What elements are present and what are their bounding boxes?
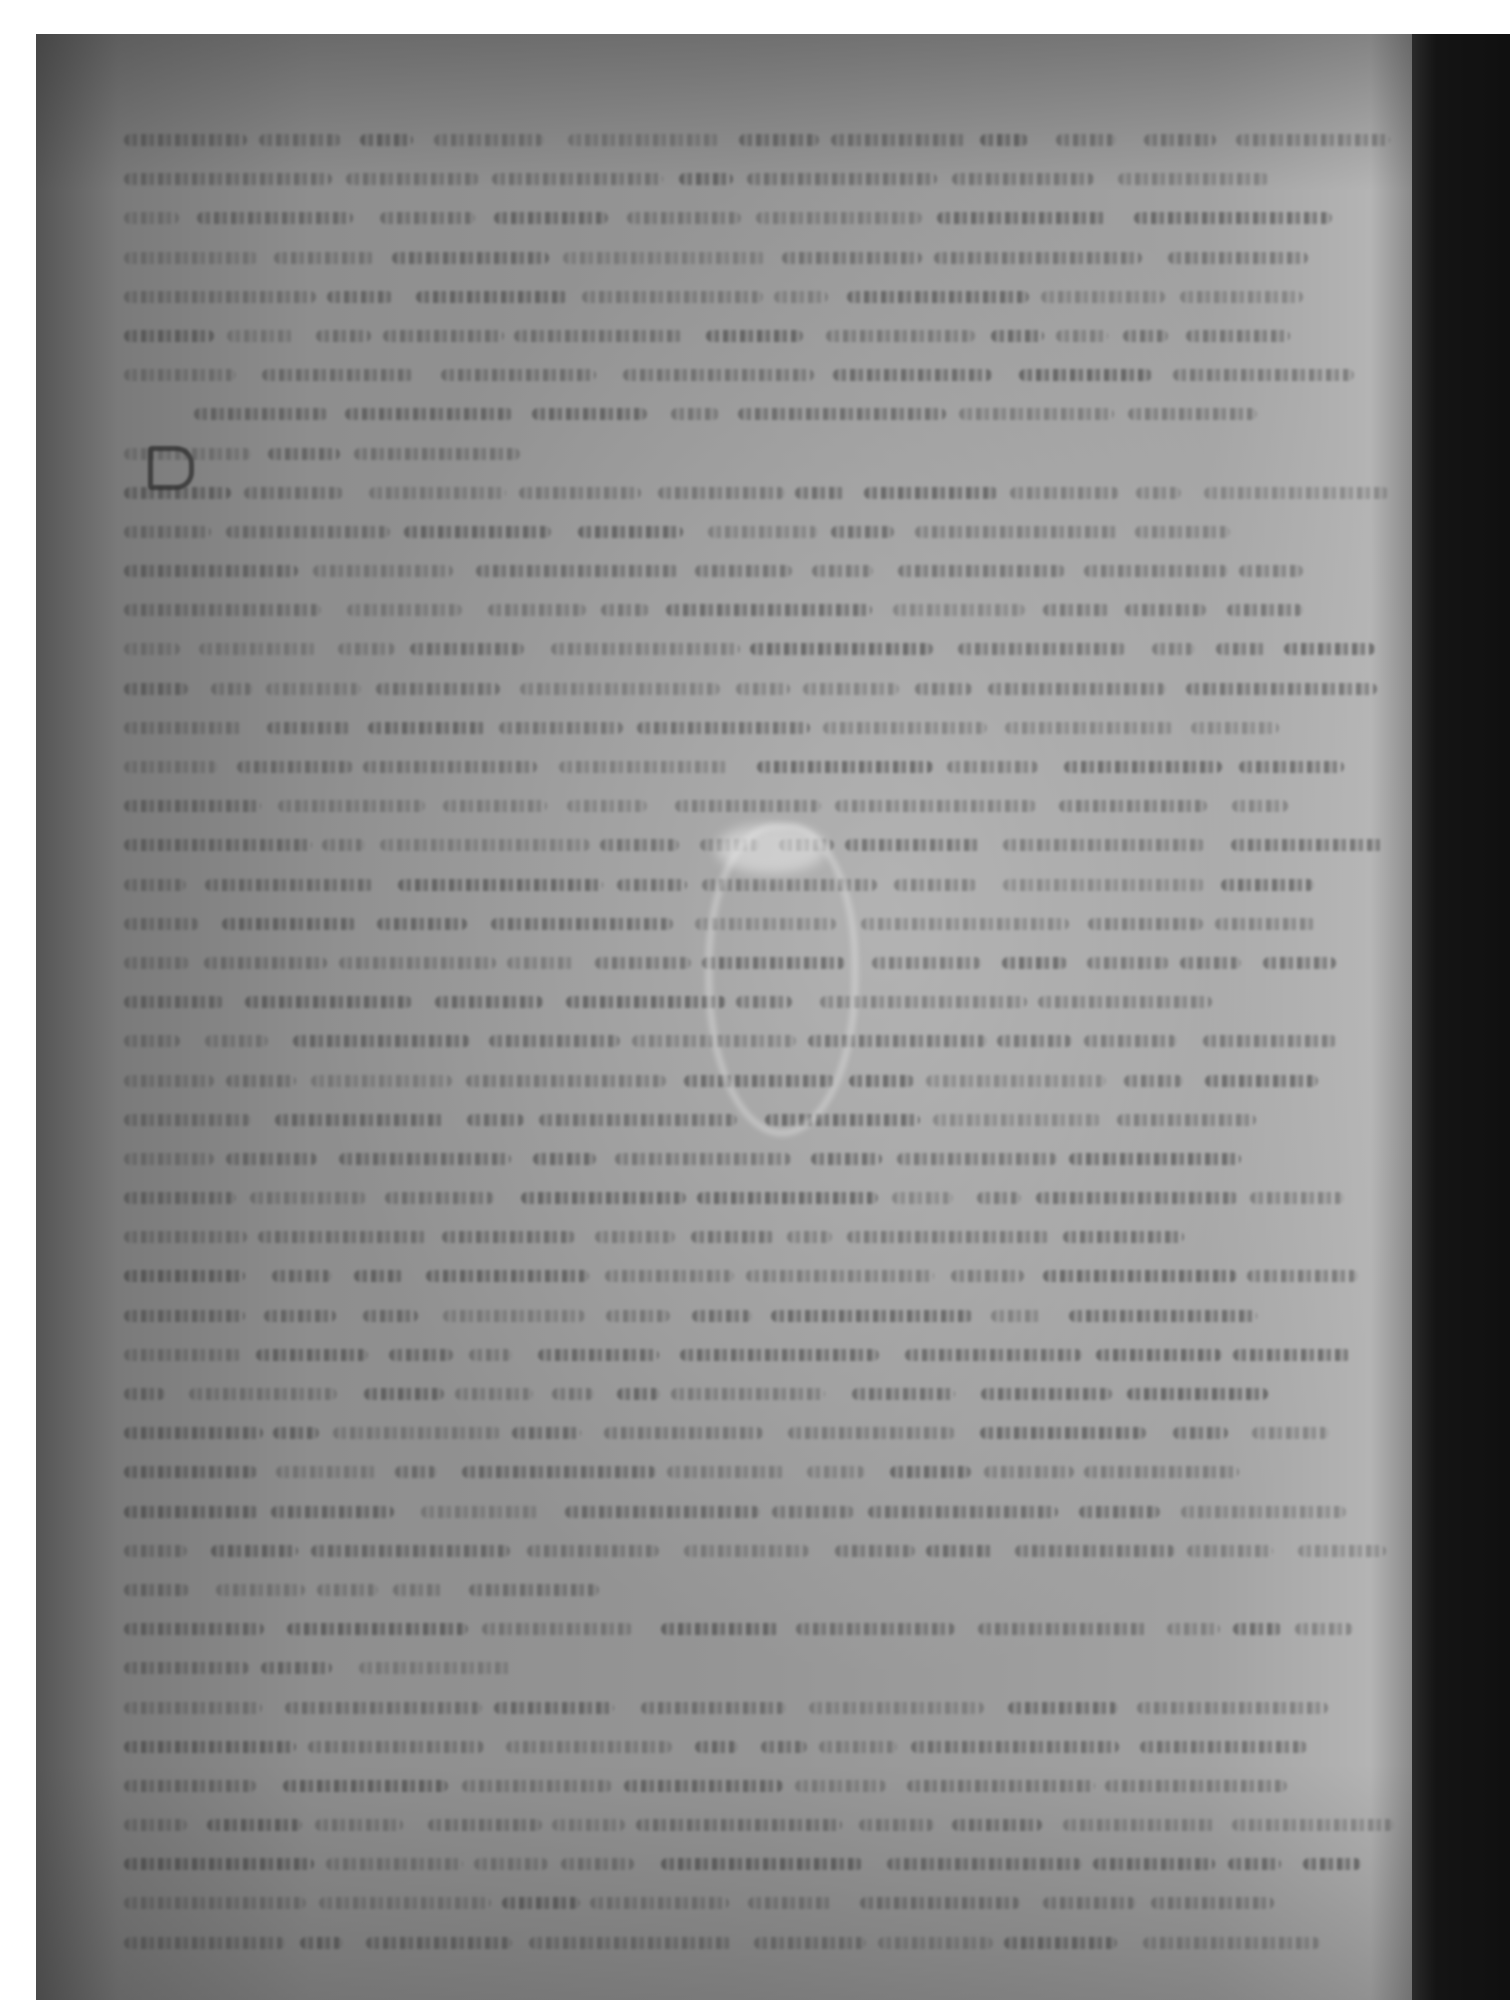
handwriting-line — [124, 879, 1414, 891]
handwriting-line — [124, 1623, 1414, 1635]
handwriting-line — [124, 1545, 1414, 1557]
handwriting-line — [124, 1937, 1414, 1949]
handwriting-line — [124, 1702, 1414, 1714]
handwriting-line — [124, 212, 1414, 224]
watermark — [706, 824, 858, 1136]
handwriting-line — [124, 134, 1414, 146]
handwriting-line — [124, 800, 1414, 812]
handwriting-line — [124, 408, 1414, 420]
handwriting-line — [124, 173, 1414, 185]
handwriting-line — [124, 1858, 1414, 1870]
handwriting-line — [124, 604, 1414, 616]
handwriting-line — [124, 369, 1414, 381]
handwriting-line — [124, 487, 1414, 499]
handwriting-line — [124, 643, 1414, 655]
handwriting-line — [124, 1114, 1414, 1126]
handwriting-line — [124, 1466, 1414, 1478]
handwriting-line — [124, 1584, 1414, 1596]
handwriting-line — [124, 1819, 1414, 1831]
handwriting-line — [124, 722, 1414, 734]
handwriting-line — [124, 957, 1414, 969]
handwriting-line — [124, 1897, 1414, 1909]
handwriting-line — [124, 1192, 1414, 1204]
handwriting-line — [124, 1035, 1414, 1047]
handwriting-line — [124, 448, 1414, 460]
decorated-initial — [148, 446, 194, 490]
handwriting-line — [124, 761, 1414, 773]
handwriting-line — [124, 683, 1414, 695]
handwriting-line — [124, 1506, 1414, 1518]
watermark-crown — [716, 824, 826, 874]
handwriting-line — [124, 1310, 1414, 1322]
manuscript-page: illegible mirrored bleed-through handwri… — [36, 34, 1412, 2000]
handwriting-line — [124, 918, 1414, 930]
handwriting-line — [124, 1741, 1414, 1753]
handwriting-line — [124, 996, 1414, 1008]
handwriting-line — [124, 839, 1414, 851]
handwriting-lines — [124, 134, 1414, 1976]
page-edge-shadow — [1412, 34, 1510, 2000]
handwriting-line — [124, 1780, 1414, 1792]
handwriting-line — [124, 1388, 1414, 1400]
handwriting-line — [124, 291, 1414, 303]
handwriting-line — [124, 1349, 1414, 1361]
handwriting-line — [124, 1231, 1414, 1243]
handwriting-line — [124, 1270, 1414, 1282]
handwriting-line — [124, 526, 1414, 538]
handwriting-line — [124, 1427, 1414, 1439]
handwriting-line — [124, 1662, 1414, 1674]
handwriting-line — [124, 1153, 1414, 1165]
handwriting-line — [124, 330, 1414, 342]
handwriting-line — [124, 1075, 1414, 1087]
handwriting-line — [124, 252, 1414, 264]
handwriting-line — [124, 565, 1414, 577]
manuscript-scan: illegible mirrored bleed-through handwri… — [36, 34, 1510, 2000]
